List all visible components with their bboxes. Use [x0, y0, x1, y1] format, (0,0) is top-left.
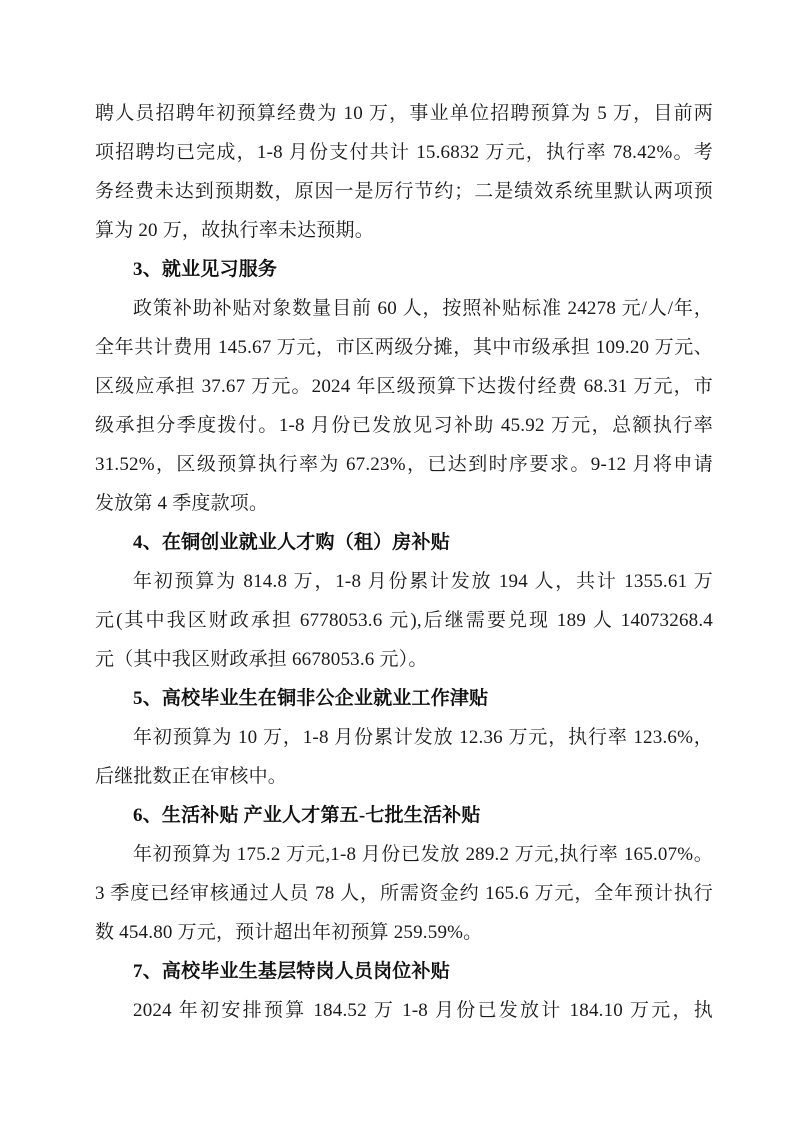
document-page: 聘人员招聘年初预算经费为 10 万，事业单位招聘预算为 5 万，目前两项招聘均已…	[0, 0, 793, 1122]
document-line: 3 季度已经审核通过人员 78 人，所需资金约 165.6 万元，全年预计执行	[95, 874, 713, 913]
document-line: 聘人员招聘年初预算经费为 10 万，事业单位招聘预算为 5 万，目前两	[95, 94, 713, 133]
section-heading: 6、生活补贴 产业人才第五-七批生活补贴	[95, 796, 713, 835]
document-body: 聘人员招聘年初预算经费为 10 万，事业单位招聘预算为 5 万，目前两项招聘均已…	[95, 94, 713, 1030]
document-line: 算为 20 万，故执行率未达预期。	[95, 211, 713, 250]
document-line: 发放第 4 季度款项。	[95, 484, 713, 523]
document-line: 项招聘均已完成，1-8 月份支付共计 15.6832 万元，执行率 78.42%…	[95, 133, 713, 172]
document-line: 31.52%，区级预算执行率为 67.23%，已达到时序要求。9-12 月将申请	[95, 445, 713, 484]
document-line: 务经费未达到预期数，原因一是厉行节约；二是绩效系统里默认两项预	[95, 172, 713, 211]
document-line: 全年共计费用 145.67 万元，市区两级分摊，其中市级承担 109.20 万元…	[95, 328, 713, 367]
section-heading: 3、就业见习服务	[95, 250, 713, 289]
section-heading: 5、高校毕业生在铜非公企业就业工作津贴	[95, 679, 713, 718]
document-line: 区级应承担 37.67 万元。2024 年区级预算下达拨付经费 68.31 万元…	[95, 367, 713, 406]
section-heading: 4、在铜创业就业人才购（租）房补贴	[95, 523, 713, 562]
document-line: 级承担分季度拨付。1-8 月份已发放见习补助 45.92 万元，总额执行率	[95, 406, 713, 445]
document-line: 2024 年初安排预算 184.52 万 1-8 月份已发放计 184.10 万…	[95, 991, 713, 1030]
document-line: 年初预算为 814.8 万，1-8 月份累计发放 194 人，共计 1355.6…	[95, 562, 713, 601]
document-line: 后继批数正在审核中。	[95, 757, 713, 796]
document-line: 年初预算为 175.2 万元,1-8 月份已发放 289.2 万元,执行率 16…	[95, 835, 713, 874]
document-line: 年初预算为 10 万，1-8 月份累计发放 12.36 万元，执行率 123.6…	[95, 718, 713, 757]
document-line: 元(其中我区财政承担 6778053.6 元),后继需要兑现 189 人 140…	[95, 601, 713, 640]
document-line: 元（其中我区财政承担 6678053.6 元）。	[95, 640, 713, 679]
document-line: 数 454.80 万元，预计超出年初预算 259.59%。	[95, 913, 713, 952]
section-heading: 7、高校毕业生基层特岗人员岗位补贴	[95, 952, 713, 991]
document-line: 政策补助补贴对象数量目前 60 人，按照补贴标准 24278 元/人/年，	[95, 289, 713, 328]
